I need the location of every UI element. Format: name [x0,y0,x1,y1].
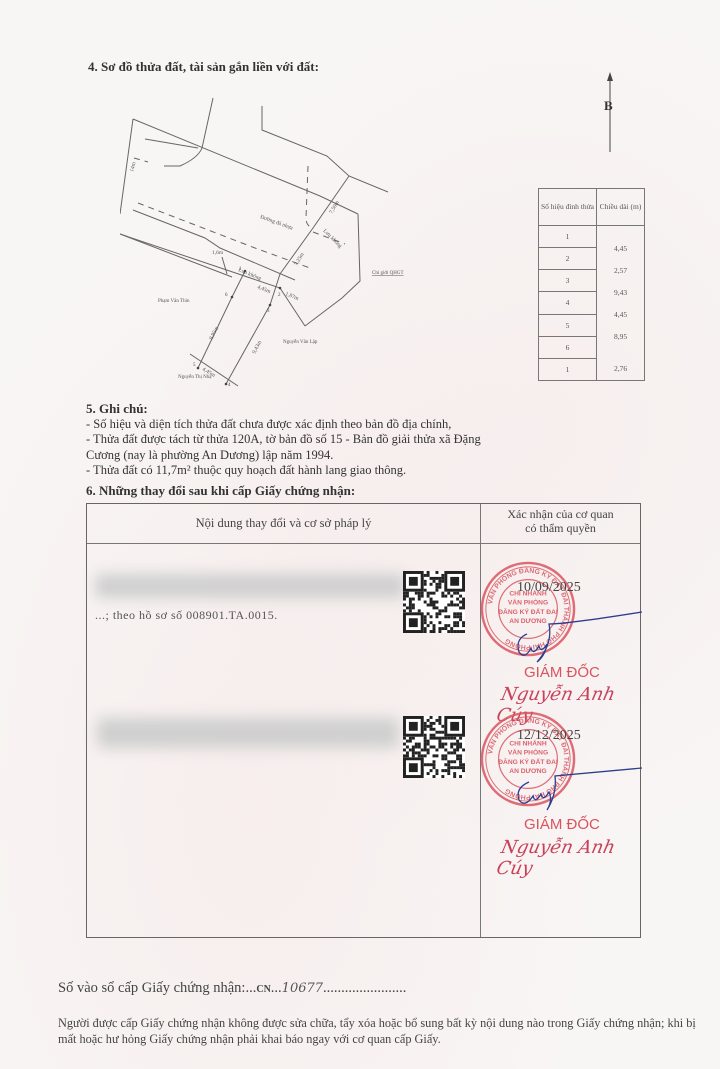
entry-date: 10/09/2025 [517,580,581,596]
entry-date: 12/12/2025 [517,728,581,744]
vertex-cell: 1 [539,358,597,380]
qr-code-icon [403,716,465,778]
table-row: 14,452,579,434,458,952,76 [539,226,645,248]
length-column: 4,452,579,434,458,952,76 [597,226,645,381]
svg-text:Chỉ giới QHGT: Chỉ giới QHGT [372,271,404,276]
length-cell: 4,45 [597,244,644,253]
redacted-content [95,574,405,598]
col-content-header: Nội dung thay đổi và cơ sở pháp lý [87,516,480,531]
signature-icon [507,754,642,814]
length-cell: 9,43 [597,288,644,297]
length-cell: 2,76 [597,364,644,373]
signer-role: GIÁM ĐỐC [524,816,600,833]
registration-number-line: Số vào sổ cấp Giấy chứng nhận:...CN...10… [58,980,406,997]
svg-text:8,95m: 8,95m [208,325,220,341]
note-item: - Số hiệu và diện tích thửa đất chưa đượ… [86,417,506,433]
qr-code-icon [403,571,465,633]
note-item: - Thửa đất được tách từ thửa 120A, tờ bả… [86,432,506,463]
vertex-cell: 2 [539,248,597,270]
land-plot-diagram: Đường đá nhựa Lưu không Lưu không Chỉ gi… [120,88,520,388]
col-vertex-header: Số hiệu đỉnh thửa [539,189,597,226]
svg-text:14m: 14m [129,161,138,173]
svg-text:2: 2 [278,293,281,298]
length-cell: 8,95 [597,332,644,341]
svg-text:Phạm Văn Thìn: Phạm Văn Thìn [158,299,190,304]
length-cell: 2,57 [597,266,644,275]
registration-code: CN [256,984,270,995]
section-6-heading: 6. Những thay đổi sau khi cấp Giấy chứng… [86,483,355,499]
signature-icon [507,604,642,664]
svg-text:Nguyễn Văn Lập: Nguyễn Văn Lập [283,339,318,345]
vertex-cell: 1 [539,226,597,248]
svg-text:B: B [604,98,613,113]
changes-table: Nội dung thay đổi và cơ sở pháp lý Xác n… [86,503,641,938]
svg-text:9,43m: 9,43m [251,339,263,355]
length-cell: 4,45 [597,310,644,319]
redacted-content [97,718,399,748]
svg-text:7,25m: 7,25m [294,251,307,267]
svg-text:6: 6 [225,293,228,298]
north-arrow-icon: B [598,72,622,154]
svg-text:1,6m: 1,6m [212,250,224,256]
svg-text:1,87m: 1,87m [284,291,300,302]
road-label: Đường đá nhựa [259,214,294,232]
vertex-cell: 3 [539,270,597,292]
signer-role: GIÁM ĐỐC [524,664,600,681]
svg-text:4: 4 [228,383,231,388]
svg-text:5: 5 [193,363,196,368]
col-length-header: Chiều dài (m) [597,189,645,226]
svg-text:3: 3 [267,309,270,314]
registration-number: 10677 [282,981,323,996]
vertex-cell: 5 [539,314,597,336]
section-4-heading: 4. Sơ đồ thửa đất, tài sản gắn liền với … [88,59,319,75]
vertex-cell: 6 [539,336,597,358]
note-item: - Thửa đất có 11,7m² thuộc quy hoạch đất… [86,463,506,479]
warning-notice: Người được cấp Giấy chứng nhận không đượ… [58,1015,698,1047]
vertex-length-table: Số hiệu đỉnh thửa Chiều dài (m) 14,452,5… [538,188,645,381]
vertex-cell: 4 [539,292,597,314]
svg-text:7,50m: 7,50m [329,199,342,215]
svg-text:Lưu không: Lưu không [322,228,344,250]
col-confirmation-header: Xác nhận của cơ quan có thẩm quyền [481,507,640,535]
notes-section: 5. Ghi chú: - Số hiệu và diện tích thửa … [86,401,506,479]
svg-text:4,45m: 4,45m [256,284,272,295]
signer-name: Nguyễn Anh Cúy [495,837,645,879]
entry-reference: ...; theo hồ sơ số 008901.TA.0015. [95,608,278,623]
section-5-heading: 5. Ghi chú: [86,401,506,417]
